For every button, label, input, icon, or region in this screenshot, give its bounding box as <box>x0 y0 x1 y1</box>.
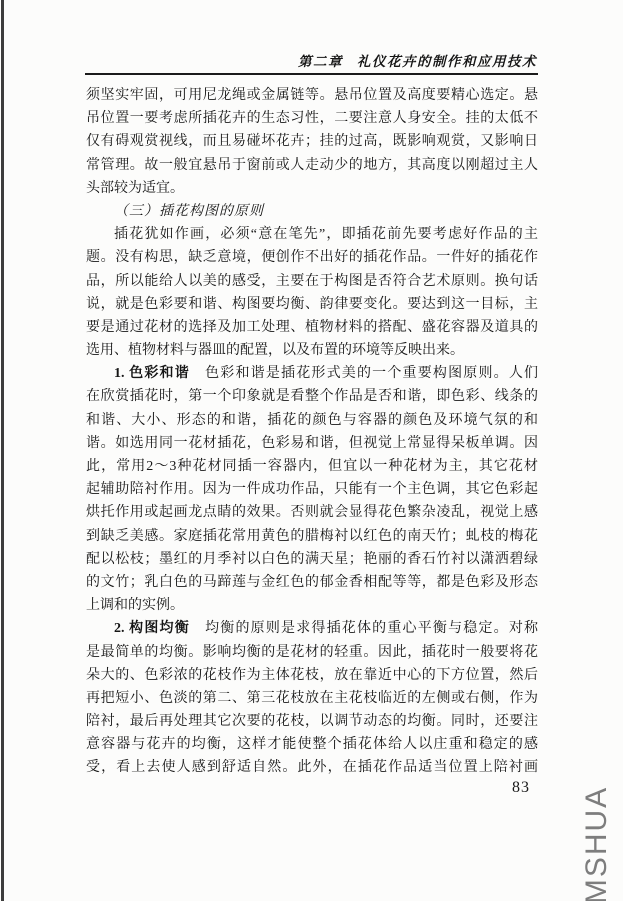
text-line: 谐。如选用同一花材插花，色彩易和谐，但视觉上常显得呆板单调。因 <box>86 432 538 455</box>
text-line: 此，常用2～3种花材同插一容器内，但宜以一种花材为主，其它花材 <box>86 455 538 478</box>
chapter-title: 礼仪花卉的制作和应用技术 <box>357 54 537 69</box>
line-text: 头部较为适宜。 <box>86 181 184 196</box>
text-line: 插花犹如作画，必须“意在笔先”，即插花前先要考虑好作品的主 <box>86 223 538 246</box>
line-text: 吊位置一要考虑所插花卉的生态习性，二要注意人身安全。挂的太低不 <box>86 111 538 126</box>
header-rule <box>85 73 538 75</box>
text-line: 朵大的、色彩浓的花枝作为主体花枝，放在靠近中心的下方位置，然后 <box>86 664 538 687</box>
text-line: 品，所以能给人以美的感受，主要在于构图是否符合艺术原则。换句话 <box>86 270 538 293</box>
text-line: 2. 构图均衡 均衡的原则是求得插花体的重心平衡与稳定。对称 <box>86 617 538 640</box>
line-text: 此，常用2～3种花材同插一容器内，但宜以一种花材为主，其它花材 <box>86 459 538 474</box>
line-text: 仅有碍观赏视线，而且易碰坏花卉；挂的过高，既影响观赏，又影响日 <box>86 134 538 149</box>
line-text: 均衡的原则是求得插花体的重心平衡与稳定。对称 <box>190 621 538 636</box>
line-text: 再把短小、色淡的第二、第三花枝放在主花枝临近的左侧或右侧，作为 <box>86 691 538 706</box>
page-number: 83 <box>512 779 530 797</box>
line-text: 意容器与花卉的均衡，这样才能使整个插花体给人以庄重和稳定的感 <box>86 737 538 752</box>
line-text: 起辅助陪衬作用。因为一件成功作品，只能有一个主色调，其它色彩起 <box>86 482 538 497</box>
line-text: 要是通过花材的选择及加工处理、植物材料的搭配、盛花容器及道具的 <box>86 320 538 335</box>
watermark: MSHUA <box>580 786 614 901</box>
line-text: 在欣赏插花时，第一个印象就是看整个作品是否和谐，即色彩、线条的 <box>86 389 538 404</box>
text-line: 说，就是色彩要和谐、构图要均衡、韵律要变化。要达到这一目标，主 <box>86 293 538 316</box>
line-text: 受，看上去使人感到舒适自然。此外，在插花作品适当位置上陪衬画 <box>86 760 538 775</box>
text-line: 头部较为适宜。 <box>86 177 538 200</box>
line-text: 常管理。故一般宜悬吊于窗前或人走动少的地方，其高度以刚超过主人 <box>86 158 538 173</box>
text-line: 和谐、大小、形态的和谐，插花的颜色与容器的颜色及环境气氛的和 <box>86 409 538 432</box>
line-text: 色彩和谐是插花形式美的一个重要构图原则。人们 <box>190 366 538 381</box>
text-line: 起辅助陪衬作用。因为一件成功作品，只能有一个主色调，其它色彩起 <box>86 478 538 501</box>
text-line: 上调和的实例。 <box>86 594 538 617</box>
line-text: 谐。如选用同一花材插花，色彩易和谐，但视觉上常显得呆板单调。因 <box>86 436 538 451</box>
line-text: 上调和的实例。 <box>86 598 184 613</box>
line-text: 说，就是色彩要和谐、构图要均衡、韵律要变化。要达到这一目标，主 <box>86 297 538 312</box>
line-text: 是最简单的均衡。影响均衡的是花材的轻重。因此，插花时一般要将花 <box>86 645 538 660</box>
text-line: 在欣赏插花时，第一个印象就是看整个作品是否和谐，即色彩、线条的 <box>86 385 538 408</box>
line-text: 的文竹；乳白色的马蹄莲与金红色的郁金香相配等等，都是色彩及形态 <box>86 575 538 590</box>
line-text: 须坚实牢固，可用尼龙绳或金属链等。悬吊位置及高度要精心选定。悬 <box>86 88 538 103</box>
text-line: 常管理。故一般宜悬吊于窗前或人走动少的地方，其高度以刚超过主人 <box>86 154 538 177</box>
text-line: 的文竹；乳白色的马蹄莲与金红色的郁金香相配等等，都是色彩及形态 <box>86 571 538 594</box>
text-line: 烘托作用或起画龙点睛的效果。否则就会显得花色繁杂凌乱，视觉上感 <box>86 501 538 524</box>
text-line: 1. 色彩和谐 色彩和谐是插花形式美的一个重要构图原则。人们 <box>86 362 538 385</box>
chapter-label: 第二章 <box>298 54 343 69</box>
text-line: 意容器与花卉的均衡，这样才能使整个插花体给人以庄重和稳定的感 <box>86 733 538 756</box>
line-text: 烘托作用或起画龙点睛的效果。否则就会显得花色繁杂凌乱，视觉上感 <box>86 505 538 520</box>
body-text: 须坚实牢固，可用尼龙绳或金属链等。悬吊位置及高度要精心选定。悬吊位置一要考虑所插… <box>86 84 538 780</box>
text-line: 须坚实牢固，可用尼龙绳或金属链等。悬吊位置及高度要精心选定。悬 <box>86 84 538 107</box>
text-line: （三）插花构图的原则 <box>86 200 538 223</box>
text-line: 再把短小、色淡的第二、第三花枝放在主花枝临近的左侧或右侧，作为 <box>86 687 538 710</box>
line-text: （三）插花构图的原则 <box>114 204 264 219</box>
text-line: 选用、植物材料与器皿的配置，以及布置的环境等反映出来。 <box>86 339 538 362</box>
line-text: 品，所以能给人以美的感受，主要在于构图是否符合艺术原则。换句话 <box>86 274 538 289</box>
text-line: 吊位置一要考虑所插花卉的生态习性，二要注意人身安全。挂的太低不 <box>86 107 538 130</box>
line-text: 陪衬，最后再处理其它次要的花枝，以调节动态的均衡。同时，还要注 <box>86 714 538 729</box>
text-line: 受，看上去使人感到舒适自然。此外，在插花作品适当位置上陪衬画 <box>86 756 538 779</box>
scanned-book-page: 第二章礼仪花卉的制作和应用技术 须坚实牢固，可用尼龙绳或金属链等。悬吊位置及高度… <box>0 0 623 901</box>
line-text: 选用、植物材料与器皿的配置，以及布置的环境等反映出来。 <box>86 343 464 358</box>
line-text: 到缺乏美感。家庭插花常用黄色的腊梅衬以红色的南天竹；虬枝的梅花 <box>86 529 538 544</box>
line-text: 题。没有构思，缺乏意境，便创作不出好的插花作品。一件好的插花作 <box>86 250 538 265</box>
text-line: 题。没有构思，缺乏意境，便创作不出好的插花作品。一件好的插花作 <box>86 246 538 269</box>
text-line: 配以松枝；墨红的月季衬以白色的满天星；艳丽的香石竹衬以潇洒碧绿 <box>86 548 538 571</box>
text-line: 是最简单的均衡。影响均衡的是花材的轻重。因此，插花时一般要将花 <box>86 641 538 664</box>
text-line: 要是通过花材的选择及加工处理、植物材料的搭配、盛花容器及道具的 <box>86 316 538 339</box>
term-bold: 1. 色彩和谐 <box>114 366 190 381</box>
term-bold: 2. 构图均衡 <box>114 621 190 636</box>
running-header: 第二章礼仪花卉的制作和应用技术 <box>298 50 537 70</box>
line-text: 和谐、大小、形态的和谐，插花的颜色与容器的颜色及环境气氛的和 <box>86 413 538 428</box>
text-line: 到缺乏美感。家庭插花常用黄色的腊梅衬以红色的南天竹；虬枝的梅花 <box>86 525 538 548</box>
text-line: 陪衬，最后再处理其它次要的花枝，以调节动态的均衡。同时，还要注 <box>86 710 538 733</box>
scan-edge-artifact <box>1 0 4 901</box>
line-text: 插花犹如作画，必须“意在笔先”，即插花前先要考虑好作品的主 <box>114 227 538 242</box>
line-text: 朵大的、色彩浓的花枝作为主体花枝，放在靠近中心的下方位置，然后 <box>86 668 538 683</box>
text-line: 仅有碍观赏视线，而且易碰坏花卉；挂的过高，既影响观赏，又影响日 <box>86 130 538 153</box>
line-text: 配以松枝；墨红的月季衬以白色的满天星；艳丽的香石竹衬以潇洒碧绿 <box>86 552 538 567</box>
